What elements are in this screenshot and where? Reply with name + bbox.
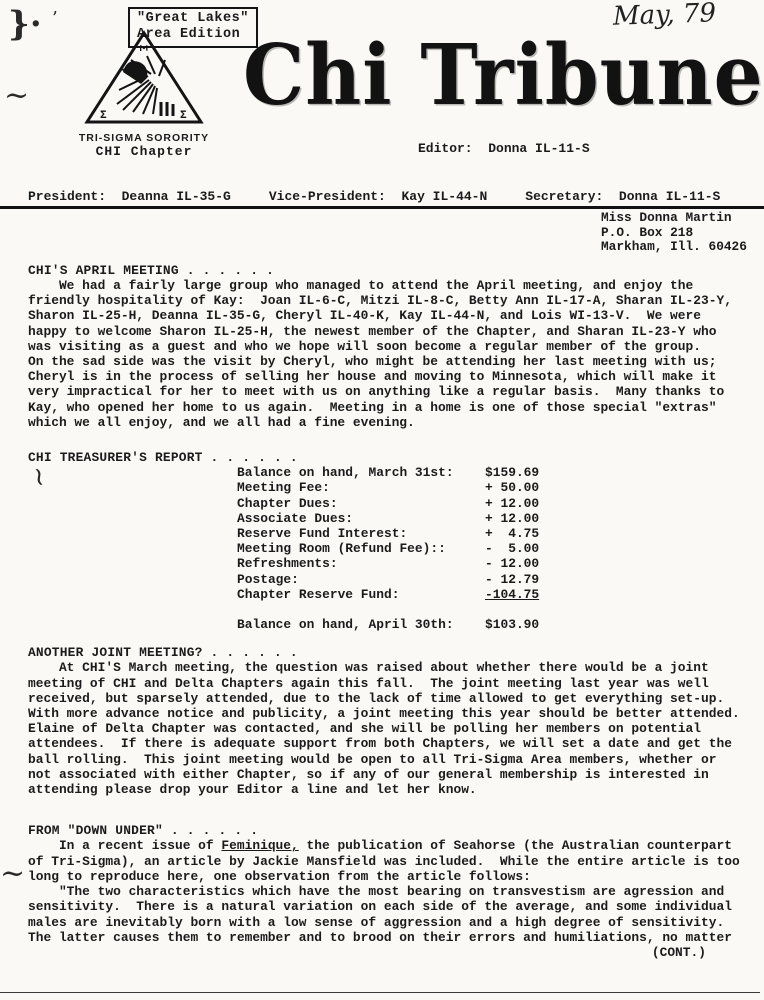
section-down-under: FROM "DOWN UNDER" . . . . . . In a recen… (28, 823, 752, 945)
scan-mark: }· (8, 4, 42, 44)
ledger-label: Postage: (237, 572, 485, 587)
ledger-label: Meeting Fee: (237, 480, 485, 495)
treasurer-ledger: Balance on hand, March 31st:$159.69Meeti… (28, 465, 752, 632)
body-line: Elaine of Delta Chapter was contacted, a… (28, 721, 752, 736)
ledger-amount: + 12.00 (485, 496, 539, 511)
body-line: long to reproduce here, one observation … (28, 869, 752, 884)
ledger-amount: $159.69 (485, 465, 539, 480)
scan-mark: ~ (4, 78, 29, 113)
ledger-label: Chapter Reserve Fund: (237, 587, 485, 602)
body-line: not associated with either Chapter, so i… (28, 767, 752, 782)
officer-vicepresident: Vice-President: Kay IL-44-N (269, 189, 487, 204)
svg-text:Σ: Σ (100, 110, 107, 122)
ledger-label: Meeting Room (Refund Fee):: (237, 541, 485, 556)
scan-mark: ’ (52, 8, 58, 29)
ledger-amount: + 4.75 (485, 526, 539, 541)
body-line: In a recent issue of Feminique, the publ… (28, 838, 752, 853)
paper-title: Chi Tribune (243, 22, 713, 130)
edition-line1: "Great Lakes" (137, 11, 249, 26)
body-line: On the sad side was the visit by Cheryl,… (28, 354, 752, 369)
scan-mark: ~ (0, 856, 25, 891)
svg-text:Σ: Σ (180, 110, 187, 122)
ledger-amount: -104.75 (485, 587, 539, 602)
ledger-label: Associate Dues: (237, 511, 485, 526)
ledger-row: Balance on hand, April 30th:$103.90 (28, 617, 752, 632)
address-line: Miss Donna Martin (601, 211, 764, 226)
ledger-row: Reserve Fund Interest:+ 4.75 (28, 526, 752, 541)
ledger-row: Postage:- 12.79 (28, 572, 752, 587)
section-heading: FROM "DOWN UNDER" . . . . . . (28, 823, 752, 838)
body-line: We had a fairly large group who managed … (28, 278, 752, 293)
body-line: At CHI'S March meeting, the question was… (28, 660, 752, 675)
newsletter-page: }· ’ ~ "Great Lakes"Area Edition Σ Σ Σ (0, 0, 764, 1000)
ledger-label: Reserve Fund Interest: (237, 526, 485, 541)
ledger-label: Balance on hand, April 30th: (237, 617, 485, 632)
address-line: P.O. Box 218 (601, 226, 764, 241)
underlined-text: Feminique, (221, 838, 298, 853)
ledger-amount: - 5.00 (485, 541, 539, 556)
handwritten-date: May, 79 (613, 0, 717, 32)
body-line: Kay, who opened her home to us again. Me… (28, 400, 752, 415)
officers-bar: President: Deanna IL-35-GVice-President:… (0, 186, 764, 209)
bottom-rule (0, 992, 760, 993)
ledger-label: Refreshments: (237, 556, 485, 571)
ledger-row: Refreshments:- 12.00 (28, 556, 752, 571)
officer-president: President: Deanna IL-35-G (28, 189, 231, 204)
logo-chapter-label: CHI Chapter (74, 144, 214, 159)
body-line: happy to welcome Sharon IL-25-H, the new… (28, 324, 752, 339)
ledger-row: Balance on hand, March 31st:$159.69 (28, 465, 752, 480)
logo-org-label: TRI-SIGMA SORORITY (74, 132, 214, 144)
body-line: was visiting as a guest and who we hope … (28, 339, 752, 354)
body-line: meeting of CHI and Delta Chapters again … (28, 676, 752, 691)
section-heading: CHI TREASURER'S REPORT . . . . . . (28, 450, 752, 465)
ledger-amount: $103.90 (485, 617, 539, 632)
ledger-row: Meeting Room (Refund Fee)::- 5.00 (28, 541, 752, 556)
body-line: of Tri-Sigma), an article by Jackie Mans… (28, 854, 752, 869)
body-line: "The two characteristics which have the … (28, 884, 752, 899)
address-line: Markham, Ill. 60426 (601, 240, 764, 255)
body-line: attending please drop your Editor a line… (28, 782, 752, 797)
officer-secretary: Secretary: Donna IL-11-S (525, 189, 720, 204)
body-line: received, but sparsely attended, due to … (28, 691, 752, 706)
ledger-row: Chapter Dues:+ 12.00 (28, 496, 752, 511)
body-line: sensitivity. There is a natural variatio… (28, 899, 752, 914)
svg-text:Σ: Σ (136, 45, 148, 52)
continuation-note: (CONT.) (0, 945, 764, 960)
section-april-meeting: CHI'S APRIL MEETING . . . . . . We had a… (28, 263, 752, 430)
body-line: ball rolling. This joint meeting would b… (28, 752, 752, 767)
newsletter-body: CHI'S APRIL MEETING . . . . . . We had a… (0, 255, 764, 945)
section-heading: ANOTHER JOINT MEETING? . . . . . . (28, 645, 752, 660)
ledger-row: Associate Dues:+ 12.00 (28, 511, 752, 526)
masthead: }· ’ ~ "Great Lakes"Area Edition Σ Σ Σ (0, 0, 764, 186)
body-line: Cheryl is in the process of selling her … (28, 369, 752, 384)
body-line: which we all enjoy, and we all had a fin… (28, 415, 752, 430)
tri-sigma-triangle-icon: Σ Σ Σ (79, 30, 209, 130)
mailing-address: Miss Donna MartinP.O. Box 218Markham, Il… (0, 209, 764, 255)
editor-line: Editor: Donna IL-11-S (418, 141, 590, 156)
ledger-amount: + 12.00 (485, 511, 539, 526)
ledger-label: Balance on hand, March 31st: (237, 465, 485, 480)
section-treasurer-report: CHI TREASURER'S REPORT . . . . . .Balanc… (28, 450, 752, 632)
ledger-row: Meeting Fee:+ 50.00 (28, 480, 752, 495)
body-line: attendees. If there is adequate support … (28, 736, 752, 751)
body-line: With more advance notice and publicity, … (28, 706, 752, 721)
ledger-row: Chapter Reserve Fund:-104.75 (28, 587, 752, 602)
body-line: Sharon IL-25-H, Deanna IL-35-G, Cheryl I… (28, 308, 752, 323)
body-line: The latter causes them to remember and t… (28, 930, 752, 945)
ledger-spacer (28, 602, 752, 617)
body-line: males are inevitably born with a low sen… (28, 915, 752, 930)
body-line: very impractical for her to meet with us… (28, 384, 752, 399)
section-joint-meeting: ANOTHER JOINT MEETING? . . . . . . At CH… (28, 645, 752, 797)
ledger-amount: + 50.00 (485, 480, 539, 495)
section-heading: CHI'S APRIL MEETING . . . . . . (28, 263, 752, 278)
chapter-logo: Σ Σ Σ (74, 30, 214, 159)
body-line: friendly hospitality of Kay: Joan IL-6-C… (28, 293, 752, 308)
ledger-label: Chapter Dues: (237, 496, 485, 511)
ledger-amount: - 12.00 (485, 556, 539, 571)
ledger-amount: - 12.79 (485, 572, 539, 587)
